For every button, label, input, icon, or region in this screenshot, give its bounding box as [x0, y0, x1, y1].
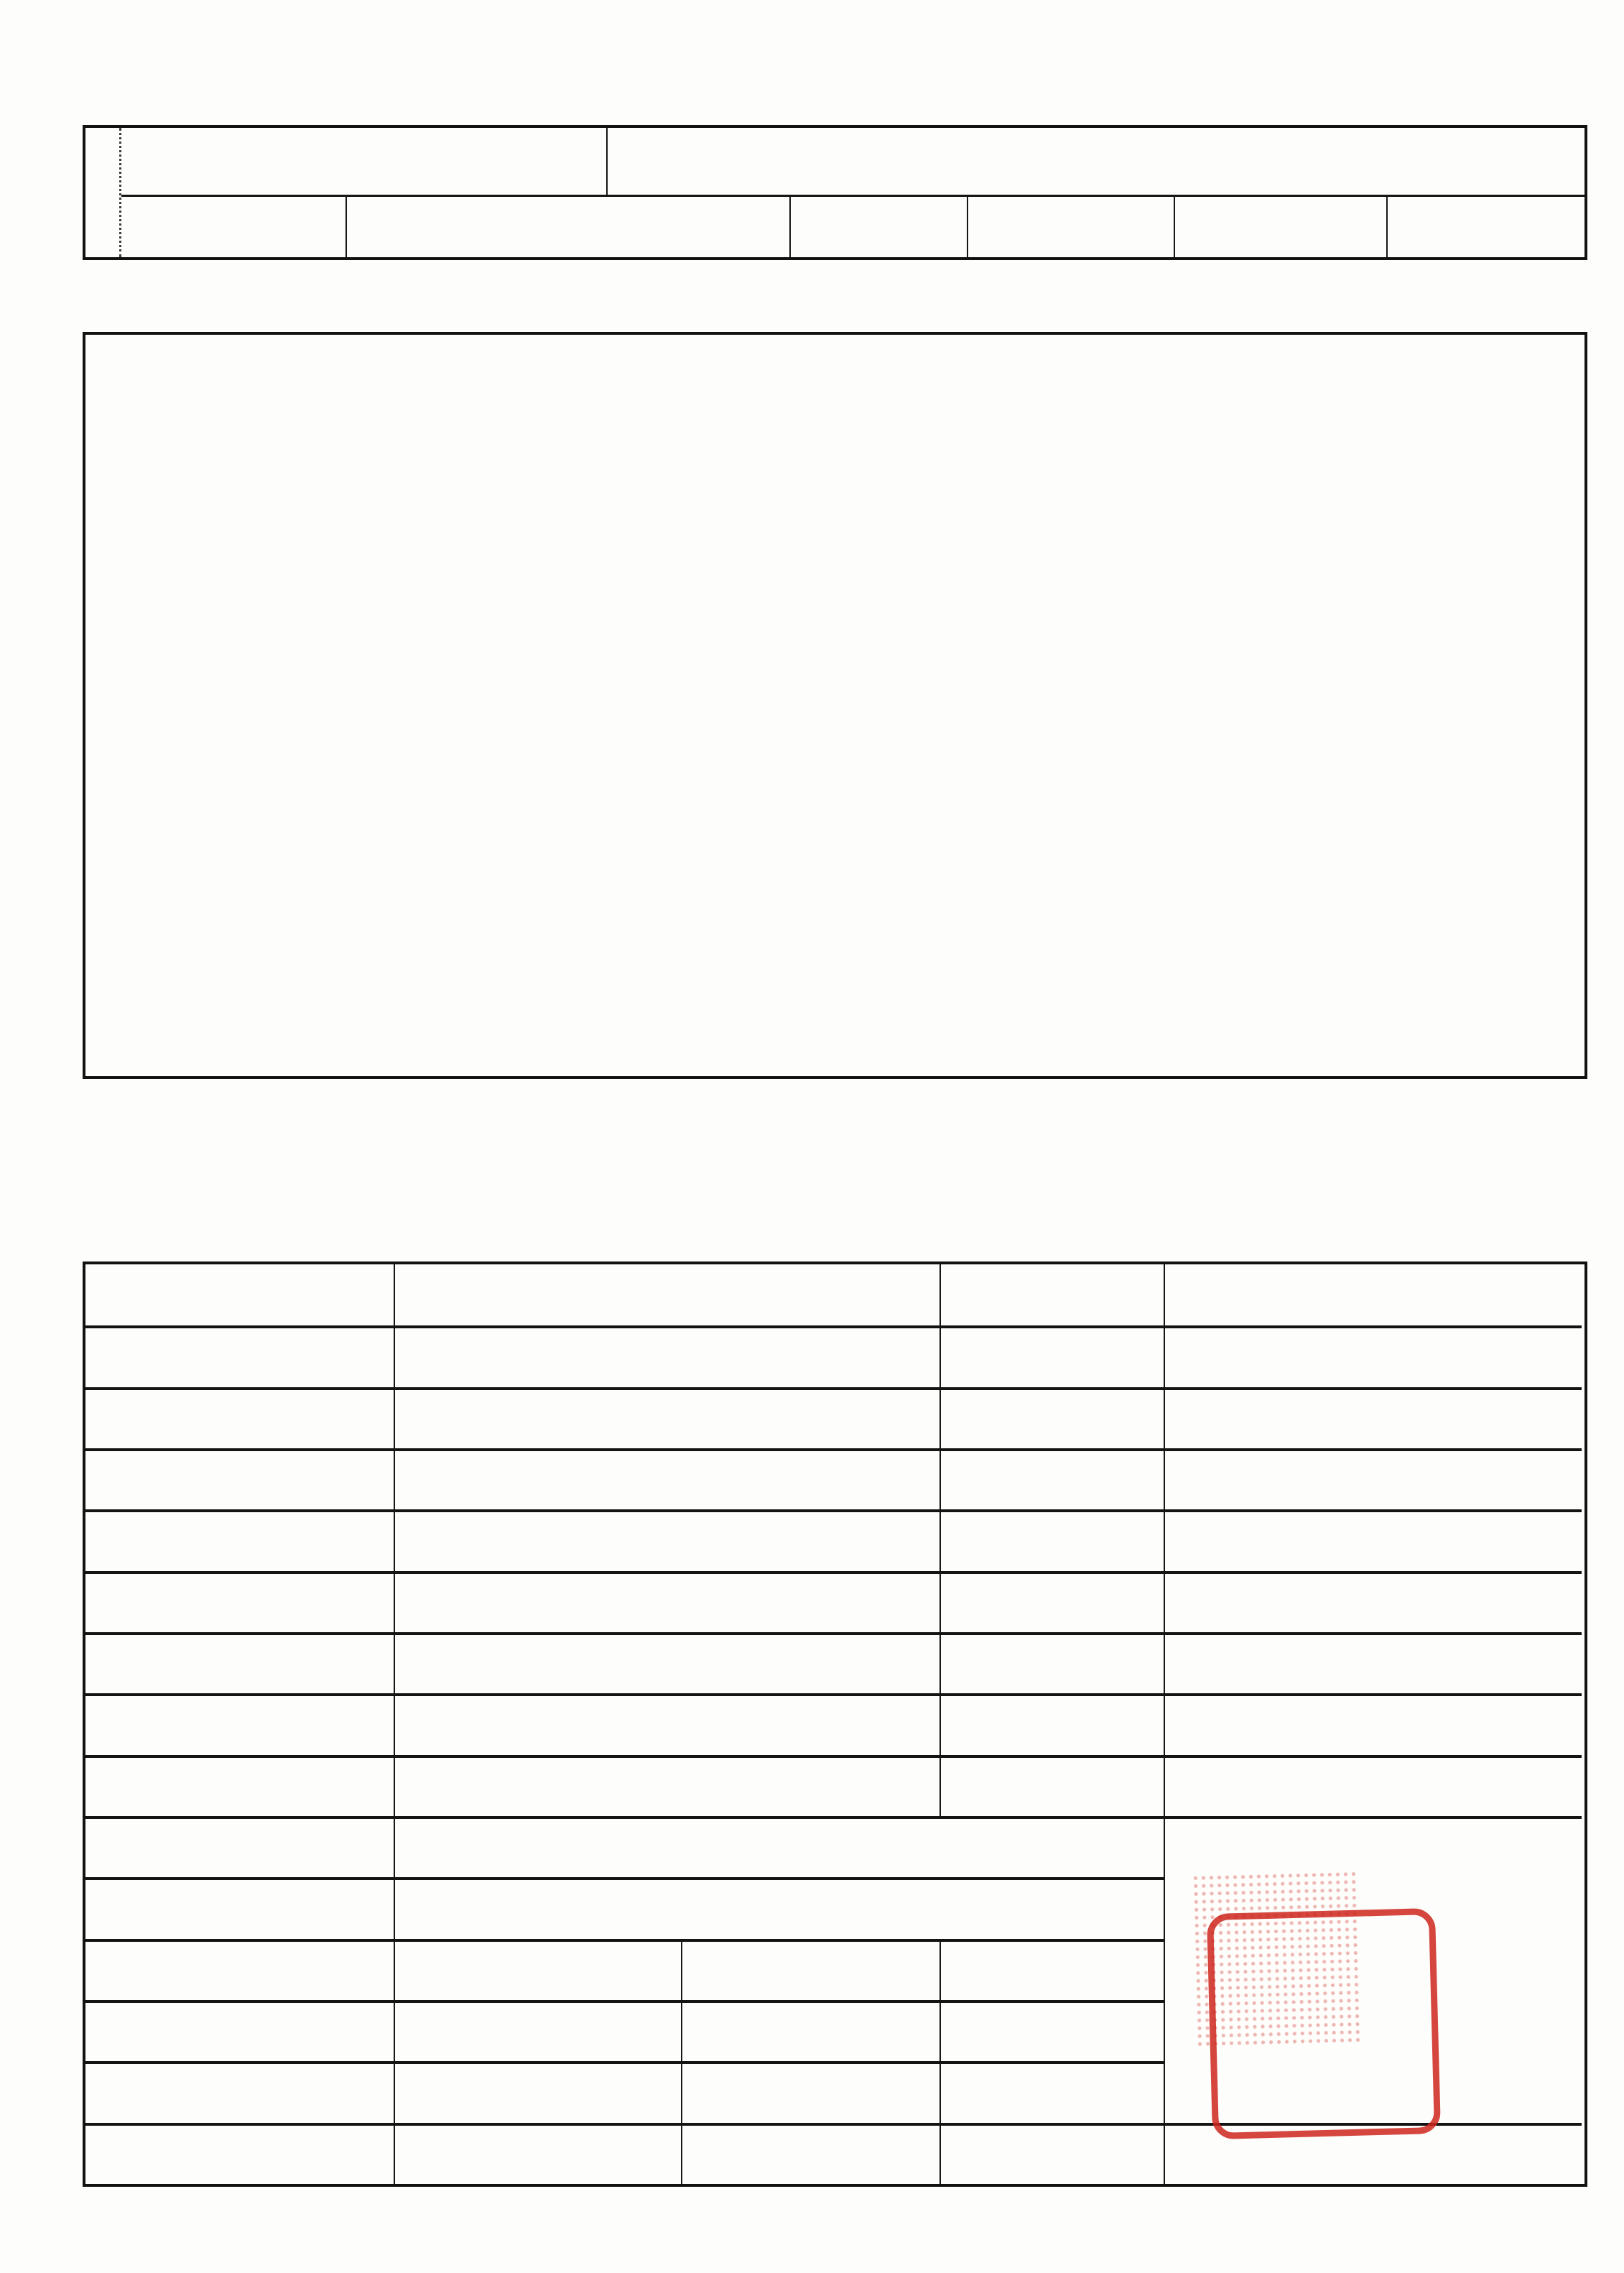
owner-label [121, 128, 606, 195]
field-21-value [394, 1755, 939, 1816]
vehicle-info-table [83, 1262, 1587, 2187]
field-32-value [939, 2123, 1164, 2184]
authority-value-cell [345, 197, 789, 257]
barcode [1056, 17, 1059, 109]
field-23-label [85, 1816, 394, 1877]
field-31-value [394, 2123, 681, 2184]
field-12-value [1164, 1448, 1582, 1509]
field-13-value [394, 1509, 939, 1570]
field-33-label [1165, 1819, 1582, 1832]
field-19-label [85, 1693, 394, 1754]
stamp-line [1216, 2021, 1432, 2027]
reg-date-cell [967, 197, 1174, 257]
block-index [85, 128, 121, 257]
plate-label [1174, 197, 1386, 257]
field-25-value [394, 1939, 681, 2000]
field-31-label [85, 2123, 394, 2184]
field-24-value [394, 1877, 1164, 1938]
field-15-label [85, 1571, 394, 1632]
field-29-value [394, 2061, 681, 2122]
field-14-value [1164, 1509, 1582, 1570]
field-24-label [85, 1877, 394, 1938]
field-14-label [939, 1509, 1164, 1570]
field-15-value [394, 1571, 939, 1632]
scanned-vehicle-registration-certificate [0, 0, 1624, 2273]
field-8-label [939, 1325, 1164, 1387]
reg-date-label [789, 197, 967, 257]
field-30-value [939, 2061, 1164, 2122]
stamp-line [1216, 2021, 1432, 2027]
field-19-value [394, 1693, 939, 1754]
registration-summary-table [83, 125, 1587, 260]
field-28-label [681, 2000, 939, 2061]
field-18-value [1164, 1632, 1582, 1693]
field-12-label [939, 1448, 1164, 1509]
serial-number-block [1043, 17, 1603, 109]
field-32-label [681, 2123, 939, 2184]
field-23-value [394, 1816, 1164, 1877]
field-21-label [85, 1755, 394, 1816]
barcode-bars [1056, 40, 1059, 106]
issuing-authority-stamp [1207, 1908, 1441, 2139]
field-9-label [85, 1387, 394, 1448]
transfer-summary-table [83, 332, 1587, 1079]
stamp-line [1216, 2021, 1432, 2027]
stamp-line [1216, 2021, 1432, 2027]
field-30-label [681, 2061, 939, 2122]
field-8-value [1164, 1325, 1582, 1387]
field-7-value [394, 1325, 939, 1387]
field-18-label [939, 1632, 1164, 1693]
field-5-label [85, 1264, 394, 1325]
field-16-label [939, 1571, 1164, 1632]
field-13-label [85, 1509, 394, 1570]
field-6-value [1164, 1264, 1582, 1325]
field-25-label [85, 1939, 394, 2000]
field-29-label [85, 2061, 394, 2122]
field-26-value [939, 1939, 1164, 2000]
field-28-value [939, 2000, 1164, 2061]
field-11-label [85, 1448, 394, 1509]
field-17-label [85, 1632, 394, 1693]
field-5-value [394, 1264, 939, 1325]
field-11-value [394, 1448, 939, 1509]
field-20-value [1164, 1693, 1582, 1754]
field-9-value [394, 1387, 939, 1448]
field-10-value [1164, 1387, 1582, 1448]
field-22-value [1164, 1755, 1582, 1816]
field-10-label [939, 1387, 1164, 1448]
field-22-label [939, 1755, 1164, 1816]
field-27-value [394, 2000, 681, 2061]
field-26-label [681, 1939, 939, 2000]
field-20-label [939, 1693, 1164, 1754]
field-6-label [939, 1264, 1164, 1325]
field-16-value [1164, 1571, 1582, 1632]
plate-cell [1386, 197, 1584, 257]
field-7-label [85, 1325, 394, 1387]
field-27-label [85, 2000, 394, 2061]
owner-value-cell [606, 128, 1584, 195]
issuing-authority-seal-cell [1164, 1816, 1582, 2123]
authority-label [121, 197, 345, 257]
field-17-value [394, 1632, 939, 1693]
